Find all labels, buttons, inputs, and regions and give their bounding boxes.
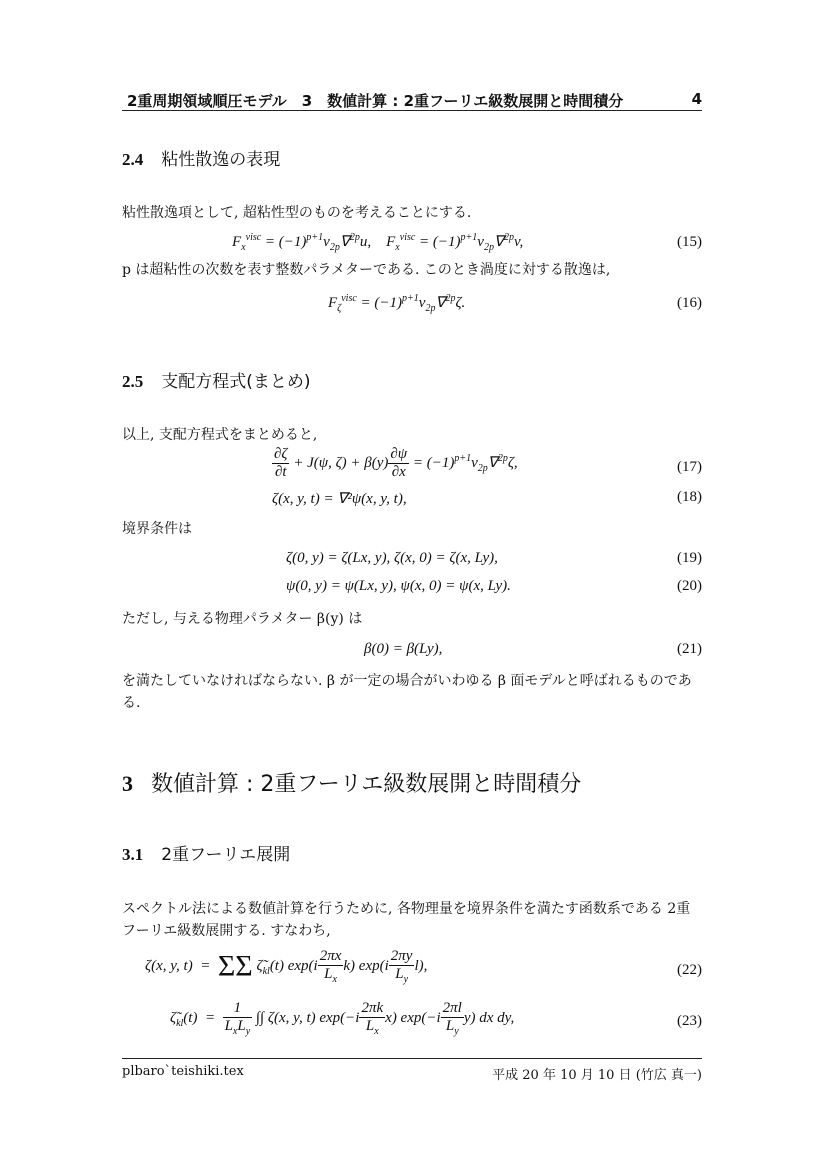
section-number: 2.4 <box>122 150 143 169</box>
page-number: 4 <box>692 90 702 108</box>
footer-filename: plbaro`teishiki.tex <box>122 1064 244 1079</box>
paragraph: スペクトル法による数値計算を行うために, 各物理量を境界条件を満たす函数系である… <box>122 898 702 942</box>
paragraph: p は超粘性の次数を表す整数パラメターである. このとき渦度に対する散逸は, <box>122 259 702 281</box>
running-header: 2重周期領域順圧モデル 3 数値計算 : 2重フーリエ級数展開と時間積分 4 <box>122 88 702 111</box>
footer-date-author: 平成 20 年 10 月 10 日 (竹広 真一) <box>492 1064 702 1083</box>
section-heading-2-5: 2.5支配方程式(まとめ) <box>122 367 311 392</box>
equation-number: (18) <box>677 489 702 506</box>
section-heading-3-1: 3.12重フーリエ展開 <box>122 840 290 865</box>
section-number: 3 <box>122 771 133 796</box>
paragraph: ただし, 与える物理パラメター β(y) は <box>122 608 702 630</box>
equation-number: (23) <box>677 1013 702 1030</box>
section-heading-2-4: 2.4粘性散逸の表現 <box>122 145 280 170</box>
paragraph: 粘性散逸項として, 超粘性型のものを考えることにする. <box>122 202 702 224</box>
equation-number: (16) <box>677 295 702 312</box>
equation-number: (19) <box>677 550 702 567</box>
equation-18: ζ(x, y, t) = ∇²ψ(x, y, t), <box>272 489 407 508</box>
footer-rule <box>122 1058 702 1059</box>
section-number: 3.1 <box>122 845 143 864</box>
section-title: 2重フーリエ展開 <box>161 845 290 865</box>
paragraph: を満たしていなければならない. β が一定の場合がいわゆる β 面モデルと呼ばれ… <box>122 670 702 714</box>
equation-22: ζ(x, y, t) = ΣΣ ζ̃kl(t) exp(i2πxLxk) exp… <box>145 948 427 985</box>
section-title: 粘性散逸の表現 <box>161 150 280 170</box>
equation-number: (20) <box>677 578 702 595</box>
equation-number: (15) <box>677 234 702 251</box>
equation-20: ψ(0, y) = ψ(Lx, y), ψ(x, 0) = ψ(x, Ly). <box>286 578 511 595</box>
running-title: 2重周期領域順圧モデル 3 数値計算 : 2重フーリエ級数展開と時間積分 <box>127 90 623 111</box>
section-number: 2.5 <box>122 372 143 391</box>
equation-19: ζ(0, y) = ζ(Lx, y), ζ(x, 0) = ζ(x, Ly), <box>286 550 498 567</box>
section-title: 支配方程式(まとめ) <box>161 372 310 392</box>
equation-number: (21) <box>677 641 702 658</box>
section-heading-3: 3数値計算 : 2重フーリエ級数展開と時間積分 <box>122 767 581 798</box>
equation-21: β(0) = β(Ly), <box>364 641 442 658</box>
equation-17: ∂ζ∂t + J(ψ, ζ) + β(y)∂ψ∂x = (−1)p+1ν2p∇2… <box>272 446 518 481</box>
equation-number: (22) <box>677 962 702 979</box>
equation-number: (17) <box>677 459 702 476</box>
paragraph: 以上, 支配方程式をまとめると, <box>122 424 702 446</box>
equation-15: Fxvisc = (−1)p+1ν2p∇2pu, Fxvisc = (−1)p+… <box>232 232 523 253</box>
section-title: 数値計算 : 2重フーリエ級数展開と時間積分 <box>151 772 581 797</box>
equation-16: Fζvisc = (−1)p+1ν2p∇2pζ. <box>328 293 465 314</box>
paragraph: 境界条件は <box>122 518 702 540</box>
equation-23: ζ̃kl(t) = 1LxLy ∫∫ ζ(x, y, t) exp(−i2πkL… <box>170 1000 514 1037</box>
